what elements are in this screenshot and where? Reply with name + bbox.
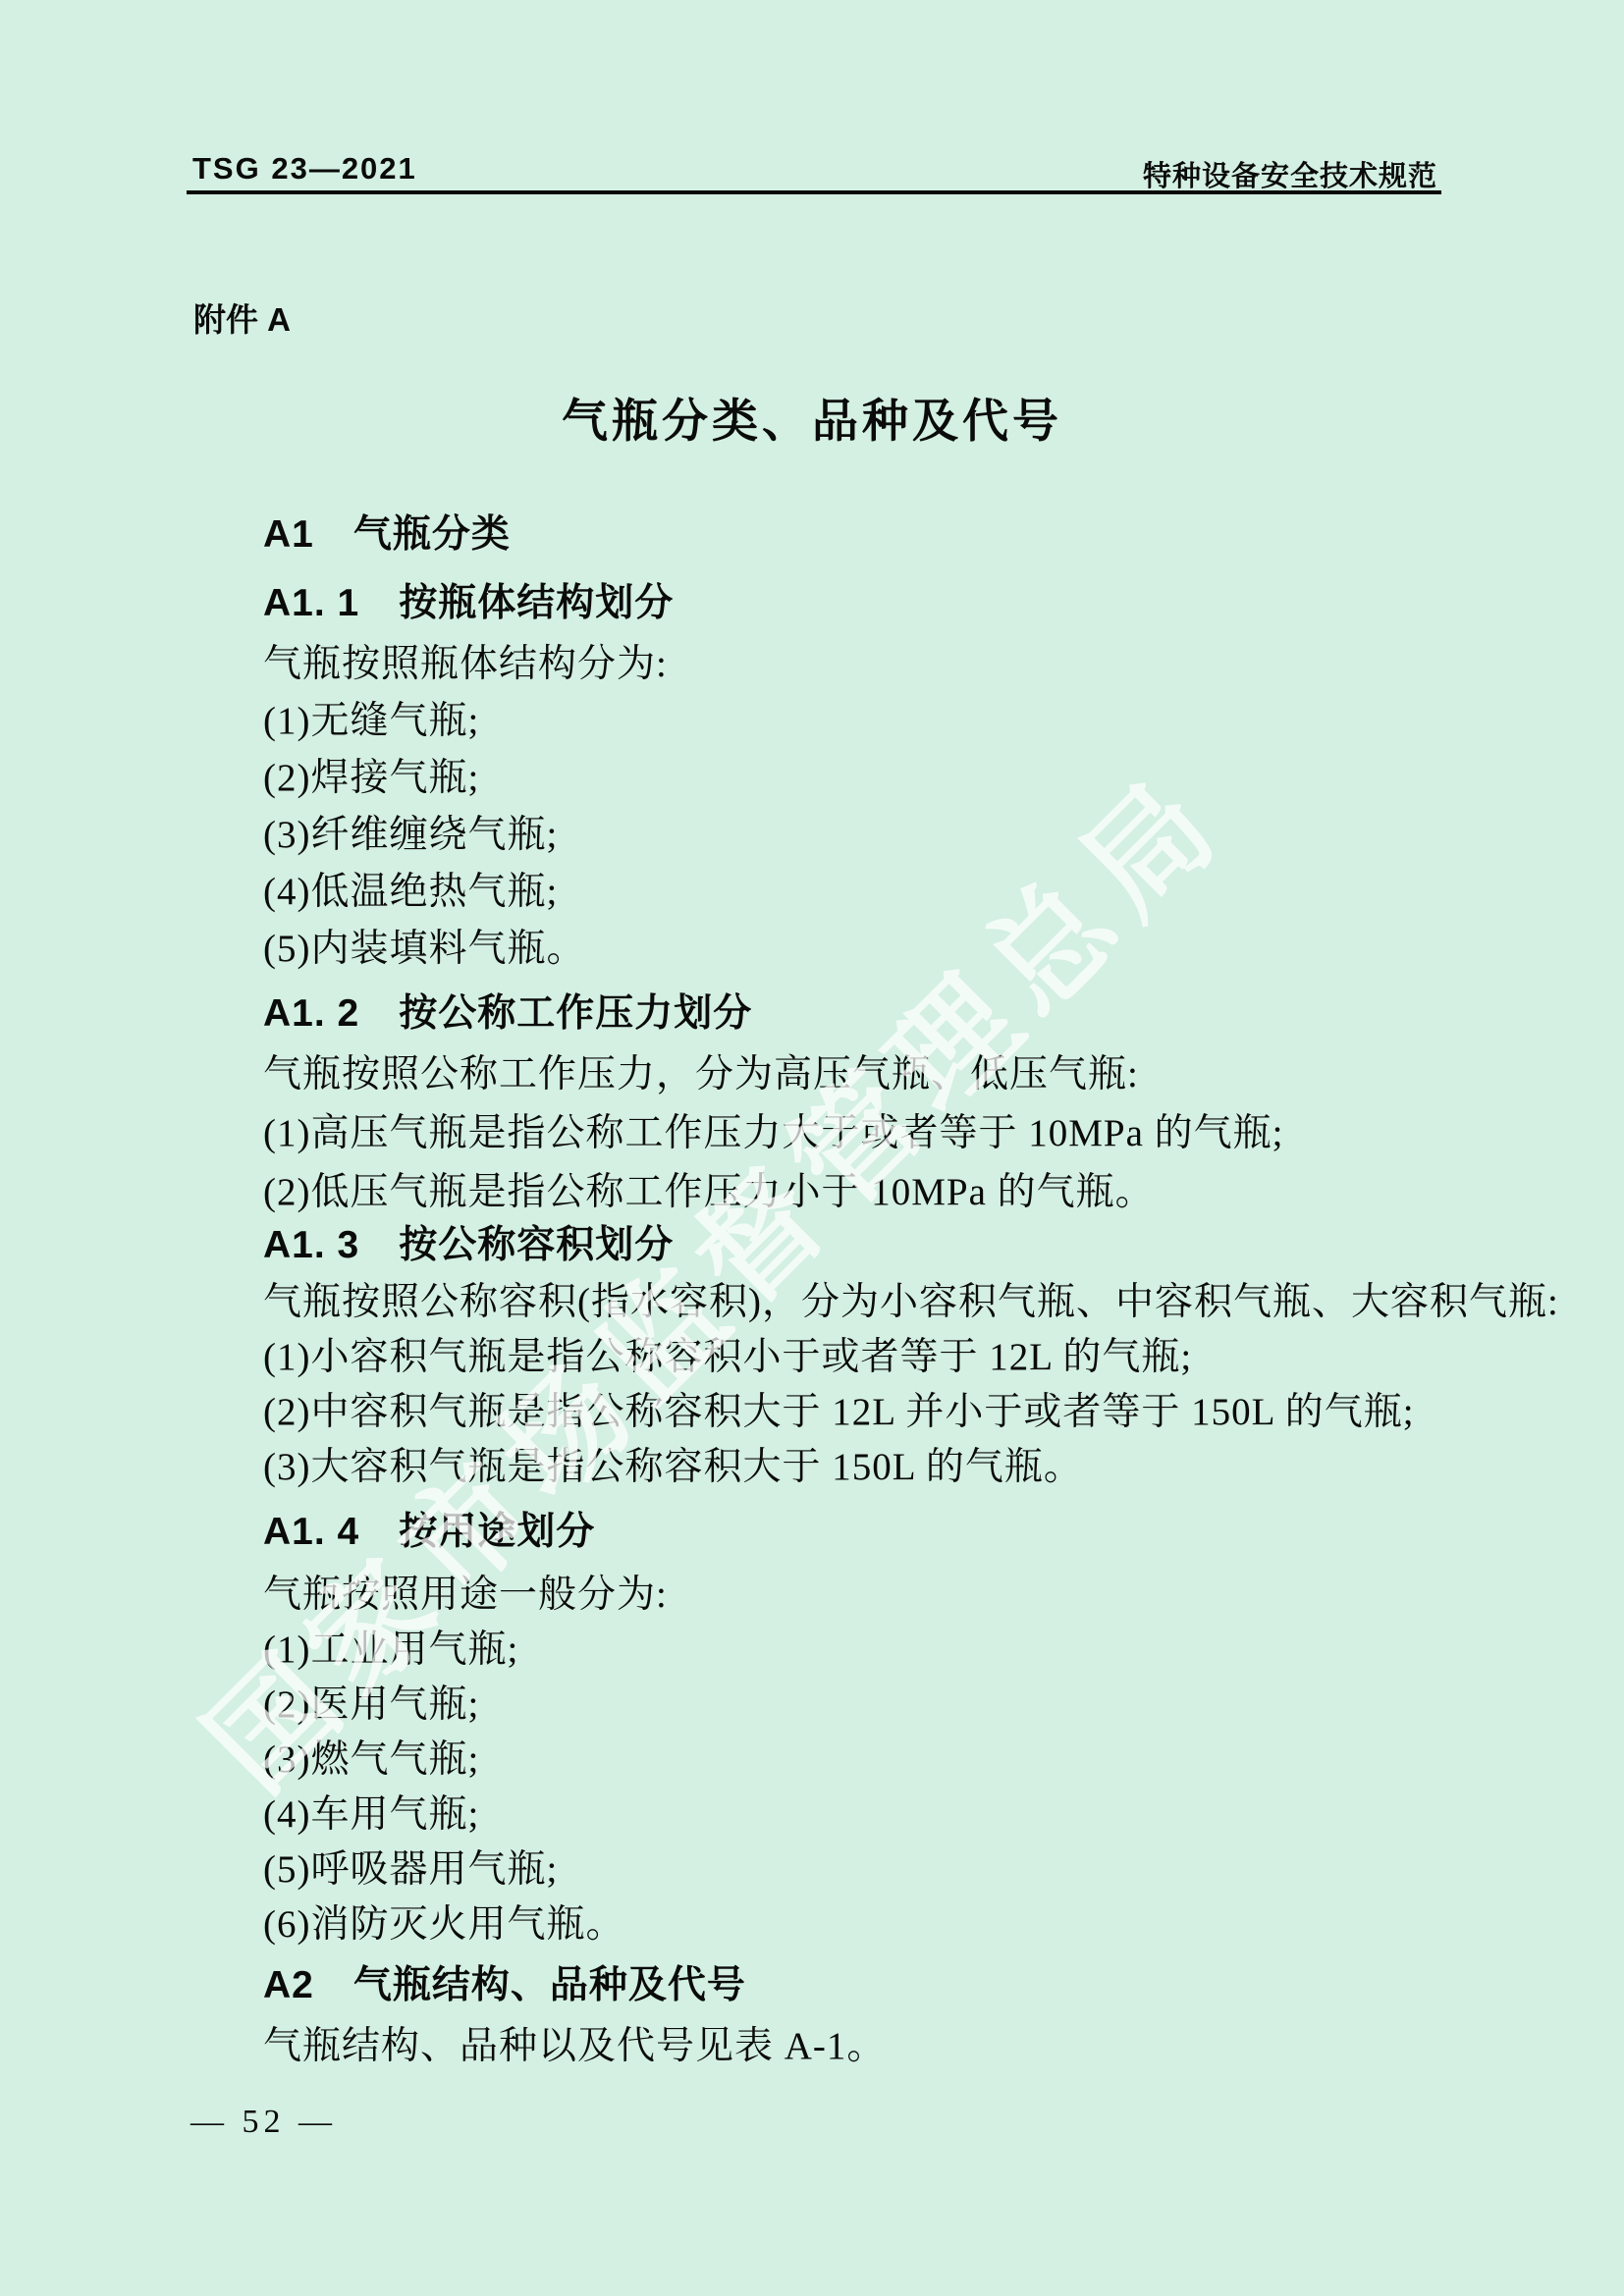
page-title: 气瓶分类、品种及代号 [0,385,1624,451]
list-item: (2)医用气瓶; [263,1682,479,1728]
list-item: (2)焊接气瓶; [263,756,479,801]
header-document-category: 特种设备安全技术规范 [1143,154,1437,194]
list-item: (5)呼吸器用气瓶; [263,1847,558,1893]
page-number: — 52 — [190,2104,337,2141]
list-item: (1)无缝气瓶; [263,699,479,744]
document-page: TSG 23—2021 特种设备安全技术规范 附件 A 气瓶分类、品种及代号 A… [0,0,1624,2296]
list-item: (2)低压气瓶是指公称工作压力小于 10MPa 的气瓶。 [263,1170,1155,1215]
list-item: (1)小容积气瓶是指公称容积小于或者等于 12L 的气瓶; [263,1335,1192,1380]
body-line: 气瓶按照公称容积(指水容积)，分为小容积气瓶、中容积气瓶、大容积气瓶: [263,1280,1559,1325]
section-heading-a1-1: A1. 1 按瓶体结构划分 [263,581,674,626]
list-item: (6)消防灭火用气瓶。 [263,1902,624,1948]
header-rule [187,190,1441,194]
section-heading-a1-3: A1. 3 按公称容积划分 [263,1223,674,1268]
body-line: 气瓶按照瓶体结构分为: [263,642,668,687]
section-heading-a2: A2 气瓶结构、品种及代号 [263,1963,746,2008]
list-item: (1)工业用气瓶; [263,1628,518,1673]
section-heading-a1-2: A1. 2 按公称工作压力划分 [263,991,752,1037]
section-heading-a1: A1 气瓶分类 [263,512,511,558]
header-document-code: TSG 23—2021 [192,151,417,187]
attachment-label: 附件 A [193,294,291,341]
list-item: (3)纤维缠绕气瓶; [263,813,558,858]
list-item: (2)中容积气瓶是指公称容积大于 12L 并小于或者等于 150L 的气瓶; [263,1390,1415,1435]
list-item: (3)燃气气瓶; [263,1737,479,1783]
section-heading-a1-4: A1. 4 按用途划分 [263,1510,595,1555]
list-item: (4)低温绝热气瓶; [263,870,558,915]
list-item: (3)大容积气瓶是指公称容积大于 150L 的气瓶。 [263,1445,1083,1490]
body-line: 气瓶按照用途一般分为: [263,1573,668,1618]
list-item: (1)高压气瓶是指公称工作压力大于或者等于 10MPa 的气瓶; [263,1111,1284,1156]
body-line: 气瓶按照公称工作压力，分为高压气瓶、低压气瓶: [263,1052,1139,1097]
list-item: (4)车用气瓶; [263,1792,479,1838]
body-line: 气瓶结构、品种以及代号见表 A-1。 [263,2024,886,2069]
list-item: (5)内装填料气瓶。 [263,927,585,972]
